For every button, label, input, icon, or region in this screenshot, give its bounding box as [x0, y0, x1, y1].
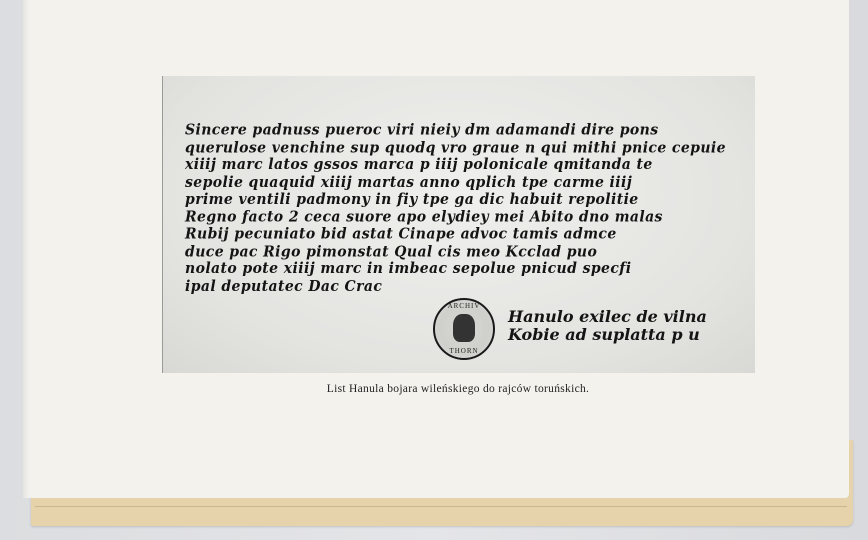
book-page: Sincere padnuss pueroc viri nieiy dm ada…	[23, 0, 849, 498]
manuscript-line: Rubij pecuniato bid astat Cinape advoc t…	[185, 226, 745, 243]
manuscript-line: ipal deputatec Dac Crac	[185, 278, 745, 295]
manuscript-line: duce pac Rigo pimonstat Qual cis meo Kcc…	[185, 243, 745, 260]
manuscript-line: querulose venchine sup quodq vro graue n…	[185, 139, 745, 156]
signature: Hanulo exilec de vilna Kobie ad suplatta…	[508, 308, 707, 344]
signature-line: Kobie ad suplatta p u	[508, 326, 707, 344]
seal-top-text: ARCHIV	[435, 302, 493, 310]
manuscript-line: Sincere padnuss pueroc viri nieiy dm ada…	[185, 122, 745, 139]
seal-bottom-text: THORN	[435, 347, 493, 355]
manuscript-line: prime ventili padmony in fiy tpe ga dic …	[185, 191, 745, 208]
manuscript-text: Sincere padnuss pueroc viri nieiy dm ada…	[185, 122, 745, 295]
seal-figure-icon	[453, 314, 475, 342]
signature-line: Hanulo exilec de vilna	[508, 308, 707, 326]
manuscript-line: xiiij marc latos gssos marca p iiij polo…	[185, 157, 745, 174]
plate-caption: List Hanula bojara wileńskiego do rajców…	[162, 383, 754, 395]
manuscript-line: Regno facto 2 ceca suore apo elydiey mei…	[185, 209, 745, 226]
manuscript-plate: Sincere padnuss pueroc viri nieiy dm ada…	[162, 76, 755, 373]
manuscript-line: nolato pote xiiij marc in imbeac sepolue…	[185, 260, 745, 277]
archive-seal-stamp: ARCHIV THORN	[433, 298, 495, 360]
manuscript-line: sepolie quaquid xiiij martas anno qplich…	[185, 174, 745, 191]
